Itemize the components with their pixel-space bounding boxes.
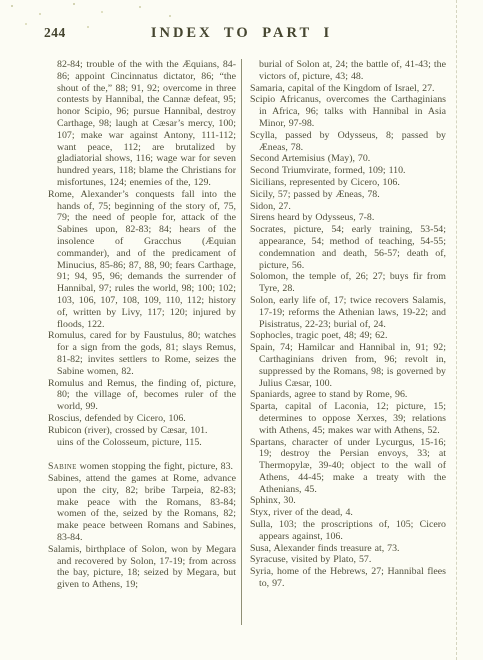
index-entry: Sicilians, represented by Cicero, 106. — [250, 177, 446, 189]
index-entry: Sophocles, tragic poet, 48; 49; 62. — [250, 330, 446, 342]
index-entry: 82-84; trouble of the with the Æquians, … — [48, 59, 236, 189]
index-columns: 82-84; trouble of the with the Æquians, … — [48, 59, 446, 591]
index-entry: Sphinx, 30. — [250, 495, 446, 507]
index-entry-headword: Sabine — [48, 461, 77, 472]
index-entry: Socrates, picture, 54; early training, 5… — [250, 224, 446, 271]
index-entry: Roscius, defended by Cicero, 106. — [48, 413, 236, 425]
index-entry: Samaria, capital of the Kingdom of Israe… — [250, 83, 446, 95]
page-title: INDEX TO PART I — [0, 25, 483, 42]
index-column-left: 82-84; trouble of the with the Æquians, … — [48, 59, 236, 591]
index-entry: Second Artemisius (May), 70. — [250, 153, 446, 165]
scan-edge-line — [456, 0, 457, 660]
index-entry: Rome, Alexander’s conquests fall into th… — [48, 189, 236, 331]
index-entry: Sidon, 27. — [250, 201, 446, 213]
index-entry: burial of Solon at, 24; the battle of, 4… — [250, 59, 446, 83]
index-entry: Scylla, passed by Odysseus, 8; passed by… — [250, 130, 446, 154]
index-entry: Susa, Alexander finds treasure at, 73. — [250, 543, 446, 555]
index-entry: Spartans, character of under Lycurgus, 1… — [250, 437, 446, 496]
index-entry: Second Triumvirate, formed, 109; 110. — [250, 165, 446, 177]
index-entry: Syracuse, visited by Plato, 57. — [250, 554, 446, 566]
index-entry: Syria, home of the Hebrews, 27; Hannibal… — [250, 566, 446, 590]
index-entry: Sirens heard by Odysseus, 7-8. — [250, 212, 446, 224]
index-entry: Sicily, 57; passed by Æneas, 78. — [250, 189, 446, 201]
index-entry: uins of the Colosseum, picture, 115. — [48, 437, 236, 449]
index-entry: Sulla, 103; the proscriptions of, 105; C… — [250, 519, 446, 543]
index-entry: Romulus and Remus, the finding of, pictu… — [48, 378, 236, 413]
index-entry: Styx, river of the dead, 4. — [250, 507, 446, 519]
index-entry: Scipio Africanus, overcomes the Carthagi… — [250, 94, 446, 129]
index-entry: Solon, early life of, 17; twice recovers… — [250, 295, 446, 330]
index-entry: Rubicon (river), crossed by Cæsar, 101. — [48, 425, 236, 437]
index-entry: Spaniards, agree to stand by Rome, 96. — [250, 389, 446, 401]
book-page: 244 INDEX TO PART I 82-84; trouble of th… — [0, 0, 483, 660]
index-column-right: burial of Solon at, 24; the battle of, 4… — [250, 59, 446, 591]
index-entry: Spain, 74; Hamilcar and Hannibal in, 91;… — [250, 342, 446, 389]
index-entry: Romulus, cared for by Faustulus, 80; wat… — [48, 330, 236, 377]
index-entry: Sabine women stopping the fight, picture… — [48, 461, 236, 473]
index-entry: Sparta, capital of Laconia, 12; picture,… — [250, 401, 446, 436]
index-entry: Sabines, attend the games at Rome, advan… — [48, 473, 236, 544]
index-entry: Salamis, birthplace of Solon, won by Meg… — [48, 544, 236, 591]
index-entry: Solomon, the temple of, 26; 27; buys fir… — [250, 271, 446, 295]
